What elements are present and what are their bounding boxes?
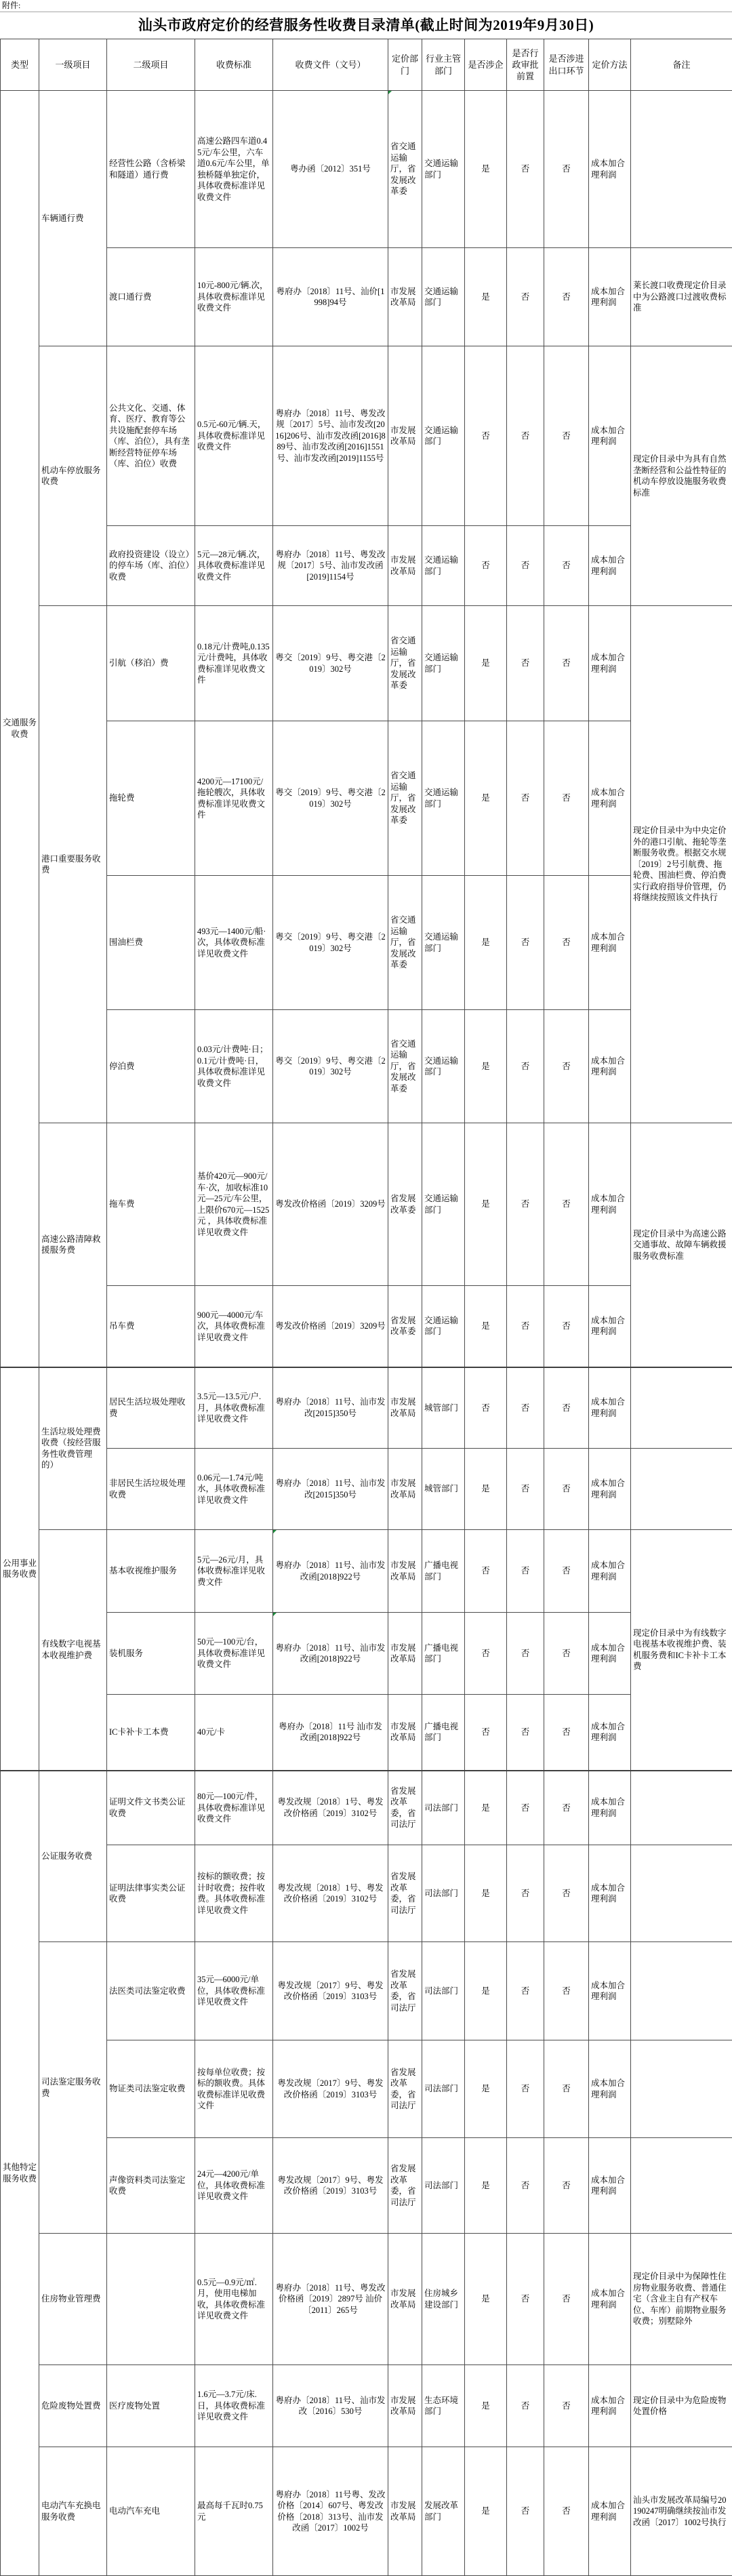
page-title: 汕头市政府定价的经营服务性收费目录清单(截止时间为2019年9月30日)	[0, 12, 732, 39]
table-cell: 省发展改革委，省司法厅	[388, 1845, 422, 1942]
table-cell: 有线数字电视基本收视维护费	[39, 1530, 107, 1771]
table-cell: 基本收视维护服务	[107, 1530, 195, 1613]
table-cell: 成本加合理利润	[589, 2040, 631, 2138]
table-cell: 是	[465, 1942, 507, 2040]
table-cell: 是	[465, 2040, 507, 2138]
table-row: 渡口通行费10元-800元/辆.次，具体收费标准详见收费文件粤府办〔2018〕1…	[1, 248, 732, 346]
table-row: IC卡补卡工本费40元/卡粤府办〔2018〕11号 汕市发改函[2018]922…	[1, 1695, 732, 1771]
table-cell: 是	[465, 1771, 507, 1845]
table-cell: 经营性公路（含桥梁和隧道）通行费	[107, 91, 195, 248]
table-cell: 交通运输部门	[422, 346, 465, 526]
table-cell: 是	[465, 1010, 507, 1123]
table-cell: 粤府办〔2018〕11号、汕市发改[2015]350号	[273, 1449, 388, 1530]
table-cell: 省发展改革委	[388, 1286, 422, 1367]
column-header: 类型	[1, 39, 39, 91]
table-cell: 交通服务收费	[1, 91, 39, 1367]
table-row: 机动车停放服务收费公共文化、交通、体育、医疗、教育等公共设施配套停车场（库、泊位…	[1, 346, 732, 526]
table-cell: 按每单位收费；按标的额收费。具体收费标准详见收费文件	[195, 2040, 273, 2138]
table-cell: 成本加合理利润	[589, 1123, 631, 1286]
table-cell: 省发展改革委，省司法厅	[388, 1942, 422, 2040]
table-cell: 证明文件文书类公证收费	[107, 1771, 195, 1845]
table-cell: 机动车停放服务收费	[39, 346, 107, 606]
table-cell: 4200元—17100元/拖轮艘次，具体收费标准详见收费文件	[195, 721, 273, 876]
table-cell: 否	[507, 1613, 544, 1695]
table-cell: 否	[544, 2040, 589, 2138]
table-cell: 是	[465, 1449, 507, 1530]
table-cell	[107, 2234, 195, 2365]
table-cell: 否	[544, 91, 589, 248]
table-cell: 城管部门	[422, 1367, 465, 1449]
table-cell: 否	[507, 1286, 544, 1367]
document-sheet: 附件: 汕头市政府定价的经营服务性收费目录清单(截止时间为2019年9月30日)…	[0, 0, 732, 2576]
table-cell: 城管部门	[422, 1449, 465, 1530]
table-cell: 否	[507, 2138, 544, 2234]
table-cell: 否	[507, 91, 544, 248]
table-cell: 引航（移泊）费	[107, 606, 195, 721]
table-cell	[631, 1367, 732, 1449]
table-cell: 成本加合理利润	[589, 2138, 631, 2234]
table-cell: 省交通运输厅，省发展改革委	[388, 1010, 422, 1123]
table-cell: 法医类司法鉴定收费	[107, 1942, 195, 2040]
table-cell: 5元—28元/辆.次，具体收费标准详见收费文件	[195, 526, 273, 606]
table-cell: 成本加合理利润	[589, 1530, 631, 1613]
table-cell: 粤发改价格函〔2019〕3209号	[273, 1286, 388, 1367]
fee-catalog-table: 类型一级项目二级项目收费标准收费文件（文号）定价部门行业主管部门是否涉企是否行政…	[0, 39, 732, 2576]
table-cell: 粤府办〔2018〕11号粤、发改价格〔2014〕607号、粤发改价格〔2018〕…	[273, 2447, 388, 2576]
table-row: 物证类司法鉴定收费按每单位收费；按标的额收费。具体收费标准详见收费文件粤发改规〔…	[1, 2040, 732, 2138]
table-cell: 成本加合理利润	[589, 526, 631, 606]
table-cell: 市发展改革局	[388, 2234, 422, 2365]
table-cell: 生活垃圾处理费收费（按经营服务性收费管理的）	[39, 1367, 107, 1530]
table-cell: 是	[465, 606, 507, 721]
table-cell: 50元—100元/台，具体收费标准详见收费文件	[195, 1613, 273, 1695]
table-cell: 是	[465, 876, 507, 1010]
table-cell: 电动汽车充电	[107, 2447, 195, 2576]
table-cell: 司法部门	[422, 1845, 465, 1942]
table-cell: 成本加合理利润	[589, 2447, 631, 2576]
table-cell: 市发展改革局	[388, 346, 422, 526]
table-cell: 市发展改革局	[388, 248, 422, 346]
table-cell: 危险废物处置费	[39, 2365, 107, 2447]
table-cell: 粤府办〔2018〕11号、汕市发改[2015]350号	[273, 1367, 388, 1449]
table-cell: 粤发改价格函〔2019〕3209号	[273, 1123, 388, 1286]
table-cell: 政府投资建设（设立）的停车场（库、泊位）收费	[107, 526, 195, 606]
table-row: 其他特定服务收费公证服务收费证明文件文书类公证收费80元—100元/件，具体收费…	[1, 1771, 732, 1845]
table-cell: 是	[465, 1286, 507, 1367]
table-cell: 否	[507, 1123, 544, 1286]
table-cell	[631, 1845, 732, 1942]
table-row: 港口重要服务收费引航（移泊）费0.18元/计费吨,0.135元/计费吨，具体收费…	[1, 606, 732, 721]
table-cell: 否	[544, 2447, 589, 2576]
table-cell: 40元/卡	[195, 1695, 273, 1771]
table-cell: 否	[507, 346, 544, 526]
table-cell: 交通运输部门	[422, 91, 465, 248]
table-cell: 电动汽车充换电服务收费	[39, 2447, 107, 2576]
table-cell: 渡口通行费	[107, 248, 195, 346]
header-row: 类型一级项目二级项目收费标准收费文件（文号）定价部门行业主管部门是否涉企是否行政…	[1, 39, 732, 91]
table-cell: 10元-800元/辆.次，具体收费标准详见收费文件	[195, 248, 273, 346]
table-cell: 省发展改革委，省司法厅	[388, 2138, 422, 2234]
table-cell: 成本加合理利润	[589, 1010, 631, 1123]
table-cell: 3.5元—13.5元/户.月，具体收费标准详见收费文件	[195, 1367, 273, 1449]
table-cell: 公用事业服务收费	[1, 1367, 39, 1771]
table-cell: 否	[544, 1613, 589, 1695]
table-cell: 粤交〔2019〕9号、粤交港〔2019〕302号	[273, 1010, 388, 1123]
table-cell: 司法部门	[422, 2040, 465, 2138]
table-cell: 粤发改规〔2017〕9号、粤发改价格函〔2019〕3103号	[273, 2040, 388, 2138]
table-cell: 居民生活垃圾处理收费	[107, 1367, 195, 1449]
column-header: 二级项目	[107, 39, 195, 91]
table-row: 拖轮费4200元—17100元/拖轮艘次，具体收费标准详见收费文件粤交〔2019…	[1, 721, 732, 876]
column-header: 定价部门	[388, 39, 422, 91]
table-cell: 否	[544, 2234, 589, 2365]
table-body: 交通服务收费车辆通行费经营性公路（含桥梁和隧道）通行费高速公路四车道0.45元/…	[1, 91, 732, 2576]
table-cell: 高速公路清障救援服务费	[39, 1123, 107, 1367]
table-cell: 成本加合理利润	[589, 606, 631, 721]
table-cell: 否	[544, 1449, 589, 1530]
table-cell: 否	[507, 1695, 544, 1771]
table-cell: 0.03元/计费吨·日；0.1元/计费吨·日，具体收费标准详见收费文件	[195, 1010, 273, 1123]
table-row: 交通服务收费车辆通行费经营性公路（含桥梁和隧道）通行费高速公路四车道0.45元/…	[1, 91, 732, 248]
table-cell: 拖车费	[107, 1123, 195, 1286]
table-cell: 现定价目录中为保障性住房物业服务收费、普通住宅（含业主自有产权车位、车库）前期物…	[631, 2234, 732, 2365]
table-cell: 粤府办〔2018〕11号、汕价[1998]94号	[273, 248, 388, 346]
table-cell: 成本加合理利润	[589, 1286, 631, 1367]
table-cell: 否	[507, 876, 544, 1010]
table-cell	[631, 91, 732, 248]
table-cell: 生态环境部门	[422, 2365, 465, 2447]
table-cell: 成本加合理利润	[589, 248, 631, 346]
table-row: 装机服务50元—100元/台，具体收费标准详见收费文件粤府办〔2018〕11号、…	[1, 1613, 732, 1695]
table-cell: 住房城乡建设部门	[422, 2234, 465, 2365]
table-cell: 交通运输部门	[422, 721, 465, 876]
table-cell: 省交通运输厅，省发展改革委	[388, 91, 422, 248]
table-cell: 吊车费	[107, 1286, 195, 1367]
table-cell: 粤府办〔2018〕11号、粤发改价格函〔2019〕2897号 汕价〔2011〕2…	[273, 2234, 388, 2365]
table-cell: 粤府办〔2018〕11号、汕市发改函[2018]922号	[273, 1613, 388, 1695]
table-cell: 高速公路四车道0.45元/车公里，六车道0.6元/车公里，单独桥隧单独定价，具体…	[195, 91, 273, 248]
table-cell: 否	[544, 606, 589, 721]
table-cell: 否	[544, 1010, 589, 1123]
table-cell: 省发展改革委，省司法厅	[388, 1771, 422, 1845]
table-cell: 按标的额收费；按计时收费；按件收费。具体收费标准详见收费文件	[195, 1845, 273, 1942]
table-cell	[631, 1771, 732, 1845]
table-cell: 省交通运输厅，省发展改革委	[388, 606, 422, 721]
table-cell: 成本加合理利润	[589, 876, 631, 1010]
table-cell: 成本加合理利润	[589, 1449, 631, 1530]
table-cell: 成本加合理利润	[589, 91, 631, 248]
column-header: 是否涉企	[465, 39, 507, 91]
table-cell: 成本加合理利润	[589, 1845, 631, 1942]
table-cell: 否	[465, 1613, 507, 1695]
table-cell: 省发展改革委，省司法厅	[388, 2040, 422, 2138]
table-cell: 交通运输部门	[422, 1010, 465, 1123]
table-cell: 粤交〔2019〕9号、粤交港〔2019〕302号	[273, 606, 388, 721]
table-cell: 交通运输部门	[422, 606, 465, 721]
table-cell: 否	[544, 876, 589, 1010]
table-cell: 否	[544, 1367, 589, 1449]
table-cell: 围油栏费	[107, 876, 195, 1010]
table-cell: 粤发改规〔2017〕9号、粤发改价格函〔2019〕3103号	[273, 1942, 388, 2040]
table-cell: 是	[465, 2234, 507, 2365]
table-cell: 80元—100元/件，具体收费标准详见收费文件	[195, 1771, 273, 1845]
column-header: 行业主管部门	[422, 39, 465, 91]
table-cell: 否	[544, 2365, 589, 2447]
table-cell: 公证服务收费	[39, 1771, 107, 1942]
table-cell: 基价420元—900元/车·次，加收标准10元—25元/车公里，上限价670元—…	[195, 1123, 273, 1286]
table-cell: 粤发改规〔2018〕1号、粤发改价格函〔2019〕3102号	[273, 1771, 388, 1845]
table-cell: 停泊费	[107, 1010, 195, 1123]
table-cell: 是	[465, 2365, 507, 2447]
table-cell: 粤交〔2019〕9号、粤交港〔2019〕302号	[273, 876, 388, 1010]
table-cell: 司法鉴定服务收费	[39, 1942, 107, 2234]
table-row: 吊车费900元—4000元/车次，具体收费标准详见收费文件粤发改价格函〔2019…	[1, 1286, 732, 1367]
table-cell: 交通运输部门	[422, 248, 465, 346]
table-cell: 否	[507, 526, 544, 606]
table-cell: 否	[507, 1449, 544, 1530]
table-cell: 省交通运输厅，省发展改革委	[388, 876, 422, 1010]
table-cell: 交通运输部门	[422, 1123, 465, 1286]
table-cell: 是	[465, 2138, 507, 2234]
table-cell: 住房物业管理费	[39, 2234, 107, 2365]
table-cell: 否	[507, 1845, 544, 1942]
table-cell: 成本加合理利润	[589, 721, 631, 876]
column-header: 收费文件（文号）	[273, 39, 388, 91]
table-cell: 成本加合理利润	[589, 2234, 631, 2365]
table-row: 高速公路清障救援服务费拖车费基价420元—900元/车·次，加收标准10元—25…	[1, 1123, 732, 1286]
table-cell: 否	[465, 346, 507, 526]
table-cell: 否	[465, 1695, 507, 1771]
column-header: 定价方法	[589, 39, 631, 91]
table-cell: 0.18元/计费吨,0.135元/计费吨，具体收费标准详见收费文件	[195, 606, 273, 721]
table-cell: 否	[465, 1530, 507, 1613]
table-cell: 市发展改革局	[388, 1367, 422, 1449]
table-cell: 粤府办〔2018〕11号、汕市发改〔2016〕530号	[273, 2365, 388, 2447]
table-cell: 否	[507, 2447, 544, 2576]
attachment-label: 附件:	[0, 0, 732, 12]
table-cell: 装机服务	[107, 1613, 195, 1695]
table-cell: 司法部门	[422, 1942, 465, 2040]
table-cell: 是	[465, 91, 507, 248]
table-cell: 否	[507, 2234, 544, 2365]
table-cell: 否	[507, 1942, 544, 2040]
table-cell: 否	[507, 606, 544, 721]
table-cell: 是	[465, 721, 507, 876]
table-cell: 粤发改规〔2017〕9号、粤发改价格函〔2019〕3103号	[273, 2138, 388, 2234]
table-cell	[631, 1942, 732, 2040]
table-cell: 市发展改革局	[388, 1449, 422, 1530]
table-cell: 粤府办〔2018〕11号、粤发改规〔2017〕5号、汕市发改函[2019]115…	[273, 526, 388, 606]
table-cell: 否	[544, 1771, 589, 1845]
table-cell: 否	[507, 1010, 544, 1123]
table-cell: 5元—26元/月，具体收费标准详见收费文件	[195, 1530, 273, 1613]
table-cell: 成本加合理利润	[589, 346, 631, 526]
table-cell: 否	[507, 1367, 544, 1449]
column-header: 一级项目	[39, 39, 107, 91]
table-row: 住房物业管理费0.5元—0.9元/㎡.月，使用电梯加收，具体收费标准详见收费文件…	[1, 2234, 732, 2365]
table-cell: 汕头市发展改革局编号20190247明确继续按汕市发改函〔2017〕1002号执…	[631, 2447, 732, 2576]
table-cell: 是	[465, 2447, 507, 2576]
table-cell: 拖轮费	[107, 721, 195, 876]
table-cell: 市发展改革局	[388, 1695, 422, 1771]
table-cell: 成本加合理利润	[589, 2365, 631, 2447]
table-cell: 否	[544, 1845, 589, 1942]
table-cell: 0.5元—0.9元/㎡.月，使用电梯加收，具体收费标准详见收费文件	[195, 2234, 273, 2365]
table-cell: 否	[544, 1530, 589, 1613]
table-cell: 否	[544, 721, 589, 876]
table-cell: 否	[544, 1123, 589, 1286]
table-cell: 否	[507, 1771, 544, 1845]
table-cell: 粤发改规〔2018〕1号、粤发改价格函〔2019〕3102号	[273, 1845, 388, 1942]
table-cell: 医疗废物处置	[107, 2365, 195, 2447]
table-row: 围油栏费493元—1400元/船·次，具体收费标准详见收费文件粤交〔2019〕9…	[1, 876, 732, 1010]
table-cell: 否	[544, 1695, 589, 1771]
table-cell: 现定价目录中为危险废物处置价格	[631, 2365, 732, 2447]
table-cell: 否	[544, 1942, 589, 2040]
column-header: 备注	[631, 39, 732, 91]
table-cell: 车辆通行费	[39, 91, 107, 346]
table-cell: 司法部门	[422, 2138, 465, 2234]
table-row: 公用事业服务收费生活垃圾处理费收费（按经营服务性收费管理的）居民生活垃圾处理收费…	[1, 1367, 732, 1449]
table-cell: 广播电视部门	[422, 1695, 465, 1771]
table-cell: 否	[544, 1286, 589, 1367]
column-header: 收费标准	[195, 39, 273, 91]
table-cell: 非居民生活垃圾处理收费	[107, 1449, 195, 1530]
table-cell: 否	[507, 721, 544, 876]
table-cell: 0.06元—1.74元/吨水，具体收费标准详见收费文件	[195, 1449, 273, 1530]
table-cell: 成本加合理利润	[589, 1613, 631, 1695]
table-cell: 成本加合理利润	[589, 1942, 631, 2040]
table-header: 类型一级项目二级项目收费标准收费文件（文号）定价部门行业主管部门是否涉企是否行政…	[1, 39, 732, 91]
table-row: 有线数字电视基本收视维护费基本收视维护服务5元—26元/月，具体收费标准详见收费…	[1, 1530, 732, 1613]
table-cell: 现定价目录中为具有自然垄断经营和公益性特征的机动车停放设施服务收费标准	[631, 346, 732, 606]
table-cell: 广播电视部门	[422, 1530, 465, 1613]
table-cell: 其他特定服务收费	[1, 1771, 39, 2576]
column-header: 是否行政审批前置	[507, 39, 544, 91]
table-cell: 港口重要服务收费	[39, 606, 107, 1123]
table-cell: 否	[507, 2040, 544, 2138]
table-cell: 司法部门	[422, 1771, 465, 1845]
table-cell: 莱长渡口收费现定价目录中为公路渡口过渡收费标准	[631, 248, 732, 346]
table-cell: 粤交〔2019〕9号、粤交港〔2019〕302号	[273, 721, 388, 876]
table-row: 电动汽车充换电服务收费电动汽车充电最高每千瓦时0.75元粤府办〔2018〕11号…	[1, 2447, 732, 2576]
table-cell: 成本加合理利润	[589, 1367, 631, 1449]
table-cell: 市发展改革局	[388, 526, 422, 606]
table-cell: 现定价目录中为中央定价外的港口引航、拖轮等垄断服务收费。根据交水规〔2019〕2…	[631, 606, 732, 1123]
table-cell: 是	[465, 248, 507, 346]
table-cell: 市发展改革局	[388, 1613, 422, 1695]
table-cell: 493元—1400元/船·次，具体收费标准详见收费文件	[195, 876, 273, 1010]
table-cell	[631, 2138, 732, 2234]
table-cell: 是	[465, 1123, 507, 1286]
table-cell: 是	[465, 1845, 507, 1942]
table-cell: 900元—4000元/车次，具体收费标准详见收费文件	[195, 1286, 273, 1367]
table-row: 政府投资建设（设立）的停车场（库、泊位）收费5元—28元/辆.次，具体收费标准详…	[1, 526, 732, 606]
table-cell: 否	[544, 346, 589, 526]
table-cell: 否	[507, 248, 544, 346]
table-cell: 声像资料类司法鉴定收费	[107, 2138, 195, 2234]
table-cell: 粤府办〔2018〕11号、粤发改规〔2017〕5号、汕市发改[2016]206号…	[273, 346, 388, 526]
table-cell: 公共文化、交通、体育、医疗、教育等公共设施配套停车场（库、泊位），具有垄断经营特…	[107, 346, 195, 526]
table-row: 停泊费0.03元/计费吨·日；0.1元/计费吨·日，具体收费标准详见收费文件粤交…	[1, 1010, 732, 1123]
table-row: 证明法律事实类公证收费按标的额收费；按计时收费；按件收费。具体收费标准详见收费文…	[1, 1845, 732, 1942]
table-cell: 粤府办〔2018〕11号 汕市发改函[2018]922号	[273, 1695, 388, 1771]
table-cell: 否	[544, 248, 589, 346]
table-cell: 交通运输部门	[422, 1286, 465, 1367]
table-cell: 成本加合理利润	[589, 1695, 631, 1771]
table-cell: 0.5元-60元/辆.天，具体收费标准详见收费文件	[195, 346, 273, 526]
table-cell: IC卡补卡工本费	[107, 1695, 195, 1771]
table-cell: 省交通运输厅，省发展改革委	[388, 721, 422, 876]
table-cell: 否	[544, 2138, 589, 2234]
table-cell: 否	[507, 1530, 544, 1613]
table-cell: 否	[507, 2365, 544, 2447]
table-cell	[631, 1449, 732, 1530]
table-cell: 现定价目录中为高速公路交通事故、故障车辆救援服务收费标准	[631, 1123, 732, 1367]
table-row: 司法鉴定服务收费法医类司法鉴定收费35元—6000元/单位，具体收费标准详见收费…	[1, 1942, 732, 2040]
table-cell: 市发展改革局	[388, 2365, 422, 2447]
table-cell	[631, 2040, 732, 2138]
table-cell: 否	[465, 526, 507, 606]
table-cell: 35元—6000元/单位，具体收费标准详见收费文件	[195, 1942, 273, 2040]
table-cell: 现定价目录中为有线数字电视基本收视维护费、装机服务费和IC卡补卡工本费	[631, 1530, 732, 1771]
table-cell: 发展改革部门	[422, 2447, 465, 2576]
table-cell: 交通运输部门	[422, 526, 465, 606]
table-cell: 1.6元—3.7元/床.日，具体收费标准详见收费文件	[195, 2365, 273, 2447]
table-cell: 市发展改革局	[388, 1530, 422, 1613]
table-row: 危险废物处置费医疗废物处置1.6元—3.7元/床.日，具体收费标准详见收费文件粤…	[1, 2365, 732, 2447]
table-cell: 否	[465, 1367, 507, 1449]
table-cell: 证明法律事实类公证收费	[107, 1845, 195, 1942]
table-cell: 市发展改革局	[388, 2447, 422, 2576]
column-header: 是否涉进出口环节	[544, 39, 589, 91]
table-cell: 广播电视部门	[422, 1613, 465, 1695]
table-cell: 24元—4200元/单位，具体收费标准详见收费文件	[195, 2138, 273, 2234]
table-row: 非居民生活垃圾处理收费0.06元—1.74元/吨水，具体收费标准详见收费文件粤府…	[1, 1449, 732, 1530]
table-cell: 最高每千瓦时0.75元	[195, 2447, 273, 2576]
table-cell: 粤府办〔2018〕11号、汕市发改函[2018]922号	[273, 1530, 388, 1613]
table-row: 声像资料类司法鉴定收费24元—4200元/单位，具体收费标准详见收费文件粤发改规…	[1, 2138, 732, 2234]
table-cell: 省发展改革委	[388, 1123, 422, 1286]
table-cell: 物证类司法鉴定收费	[107, 2040, 195, 2138]
table-cell: 交通运输部门	[422, 876, 465, 1010]
table-cell: 否	[544, 526, 589, 606]
table-cell: 成本加合理利润	[589, 1771, 631, 1845]
table-cell: 粤办函〔2012〕351号	[273, 91, 388, 248]
